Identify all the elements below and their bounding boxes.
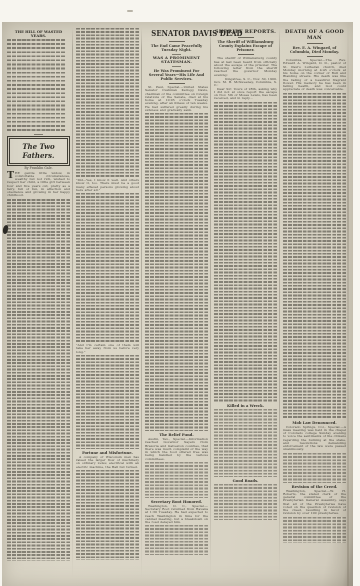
poem-headline: THE HILL OF WASTED YEARS. — [7, 30, 70, 38]
column-1: THE HILL OF WASTED YEARS. The Two Father… — [7, 28, 70, 580]
wreck-body-illegible — [214, 409, 277, 477]
relief-fund-body-illegible — [145, 462, 208, 498]
story-title-box: The Two Fathers. — [9, 138, 68, 164]
story-dialogue-fragment: "And I'm certain one of them will take h… — [76, 344, 139, 354]
column-4: SHERIFF REPORTS. The Sheriff of Williams… — [214, 28, 277, 580]
roads-headline: Good Roads. — [214, 479, 277, 483]
sheriff-letter-start: Dear Sir: Yours of 28th, asking why I di… — [214, 88, 277, 101]
sheriff-deck: The Sheriff of Williamsburg County Expla… — [216, 40, 275, 52]
mob-law-lead: Colorado Springs, Col., Special.—A mass … — [283, 426, 346, 452]
headline-divider — [307, 56, 323, 57]
column-rule — [210, 28, 211, 578]
column-5: DEATH OF A GOOD MAN Rev. E. A. Wingard, … — [283, 28, 346, 580]
davis-lead: St. Paul, Special.—United States Senator… — [145, 86, 208, 112]
wingard-lead: Columbia, Special.—The Rev. Edward A. Wi… — [283, 59, 346, 92]
sheriff-body-illegible — [214, 102, 277, 402]
column-3: SENATOR DAVIS DEAD The End Came Peaceful… — [145, 28, 208, 580]
relief-fund-lead: Austin, Tex., Special.—Information reach… — [145, 438, 208, 461]
scan-smudge — [127, 10, 133, 12]
davis-deck2: WAS A PROMINENT STATESMAN. — [145, 56, 208, 65]
drop-cap: T — [7, 172, 15, 181]
section-divider — [34, 134, 43, 135]
story-byline: By Franklin Gale. — [7, 166, 70, 170]
story-body-illegible — [7, 199, 70, 561]
column-rule — [72, 28, 73, 578]
mob-law-body-illegible — [283, 453, 346, 483]
wingard-deck: Rev. E. A. Wingard, of Columbia, Died Mo… — [285, 46, 344, 54]
wreck-headline: Killed in a Wreck. — [214, 404, 277, 408]
davis-deck1: The End Came Peacefully Tuesday Night. — [147, 44, 206, 52]
wingard-body-illegible — [283, 93, 346, 419]
page-edge-shadow — [347, 22, 349, 586]
sheriff-lead: The sheriff of Williamsburg county has a… — [214, 57, 277, 77]
fortune-lead: A company of Wisconsin men has raised th… — [76, 456, 139, 469]
column-2: "Did—Yes, I know it well. And others kno… — [76, 28, 139, 580]
story-lead-text: HE gentle little widow, in comfortable c… — [7, 171, 70, 198]
davis-deck3: He Was Prominent For Several Years—His L… — [147, 69, 206, 81]
story-continuation-illegible — [76, 28, 139, 178]
root-body-illegible — [145, 525, 208, 555]
headline-divider — [238, 37, 254, 38]
davis-headline: SENATOR DAVIS DEAD — [151, 29, 201, 39]
newspaper-page: THE HILL OF WASTED YEARS. The Two Father… — [2, 22, 353, 586]
headline-divider — [307, 43, 323, 44]
root-lead: Washington, D. C., Special.—Secretary Ro… — [145, 505, 208, 525]
davis-body-illegible — [145, 113, 208, 431]
headline-divider — [172, 66, 181, 67]
column-rule — [141, 28, 142, 578]
story-continuation-illegible — [76, 193, 139, 343]
roads-body-illegible — [214, 484, 277, 520]
sheriff-headline: SHERIFF REPORTS. — [214, 29, 277, 35]
fortune-body-illegible — [76, 470, 139, 560]
column-rule — [279, 28, 280, 578]
creed-body-illegible — [283, 517, 346, 543]
story-title: The Two Fathers. — [11, 142, 66, 160]
story-dialogue-fragment: "Did—Yes, I know it well. And others kno… — [76, 179, 139, 192]
headline-divider — [169, 83, 185, 84]
poem-body-illegible — [7, 39, 66, 132]
wingard-headline: DEATH OF A GOOD MAN — [283, 29, 346, 41]
creed-lead: Washington, Special.—W. H. Roberts, the … — [283, 490, 346, 516]
headline-divider — [169, 41, 185, 42]
headline-divider — [238, 54, 254, 55]
story-lead-paragraph: THE gentle little widow, in comfortable … — [7, 172, 70, 198]
newspaper-scan: THE HILL OF WASTED YEARS. The Two Father… — [0, 0, 360, 586]
story-continuation-illegible — [76, 355, 139, 449]
